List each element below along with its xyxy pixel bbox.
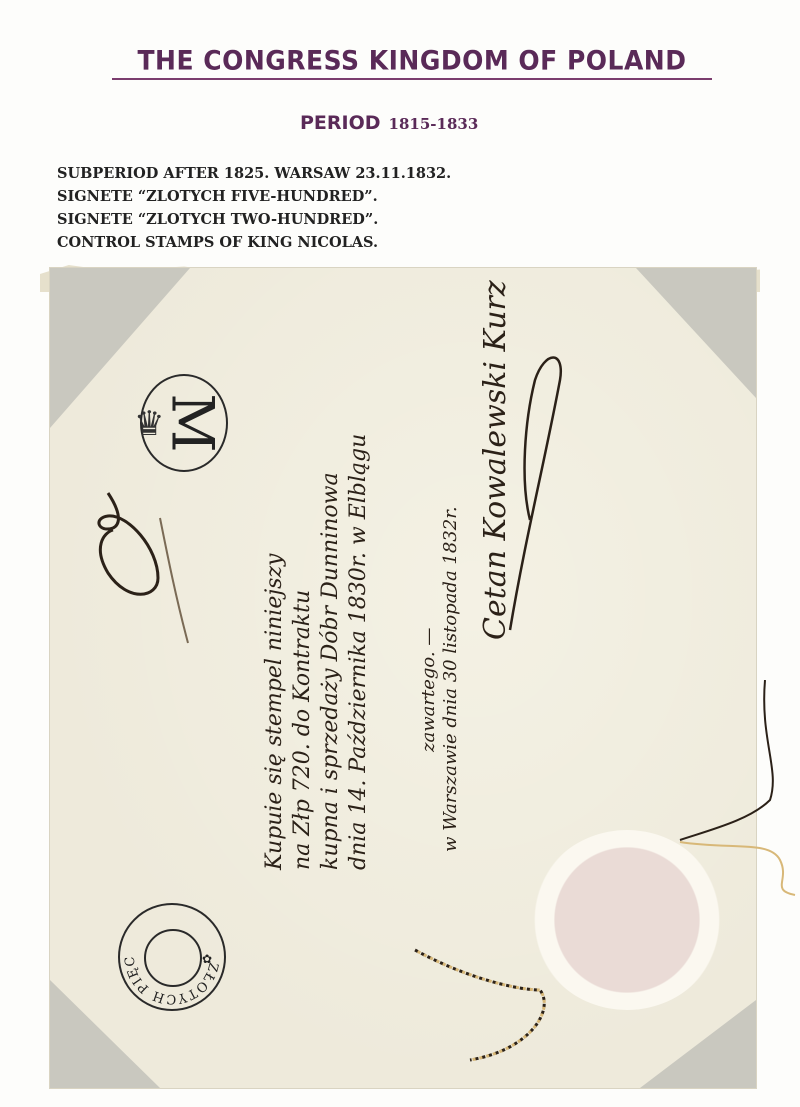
- period-years: 1815-1833: [389, 115, 479, 133]
- initial-mark-icon: [88, 488, 198, 648]
- cord-icon: [410, 680, 800, 1080]
- manuscript-line: Kupuie się stempel niniejszy: [262, 554, 287, 870]
- description-line: SUBPERIOD AFTER 1825. WARSAW 23.11.1832.: [57, 162, 451, 185]
- signet-stamp-zlotych-piecset: ZŁOTYCH PIĘCSET ✿: [118, 903, 226, 1011]
- control-stamp: ♛ M: [140, 374, 228, 472]
- period-label: PERIOD: [300, 112, 381, 134]
- flower-ornament-icon: ✿: [202, 952, 212, 966]
- manuscript-line: dnia 14. Października 1830r. w Elblągu: [346, 434, 371, 870]
- signature-flourish-icon: [505, 340, 575, 640]
- description-line: SIGNETE “ZLOTYCH TWO-HUNDRED”.: [57, 208, 451, 231]
- period-heading: PERIOD1815-1833: [300, 112, 478, 134]
- manuscript-line: na Złp 720. do Kontraktu: [290, 590, 315, 870]
- title-underline: [112, 78, 712, 80]
- control-stamp-letter: M: [159, 393, 227, 452]
- manuscript-line: kupna i sprzedaży Dóbr Dunninowa: [318, 472, 343, 870]
- description-line: CONTROL STAMPS OF KING NICOLAS.: [57, 231, 451, 254]
- page-title: THE CONGRESS KINGDOM OF POLAND: [112, 45, 712, 75]
- description-line: SIGNETE “ZLOTYCH FIVE-HUNDRED”.: [57, 185, 451, 208]
- description-list: SUBPERIOD AFTER 1825. WARSAW 23.11.1832.…: [57, 162, 451, 254]
